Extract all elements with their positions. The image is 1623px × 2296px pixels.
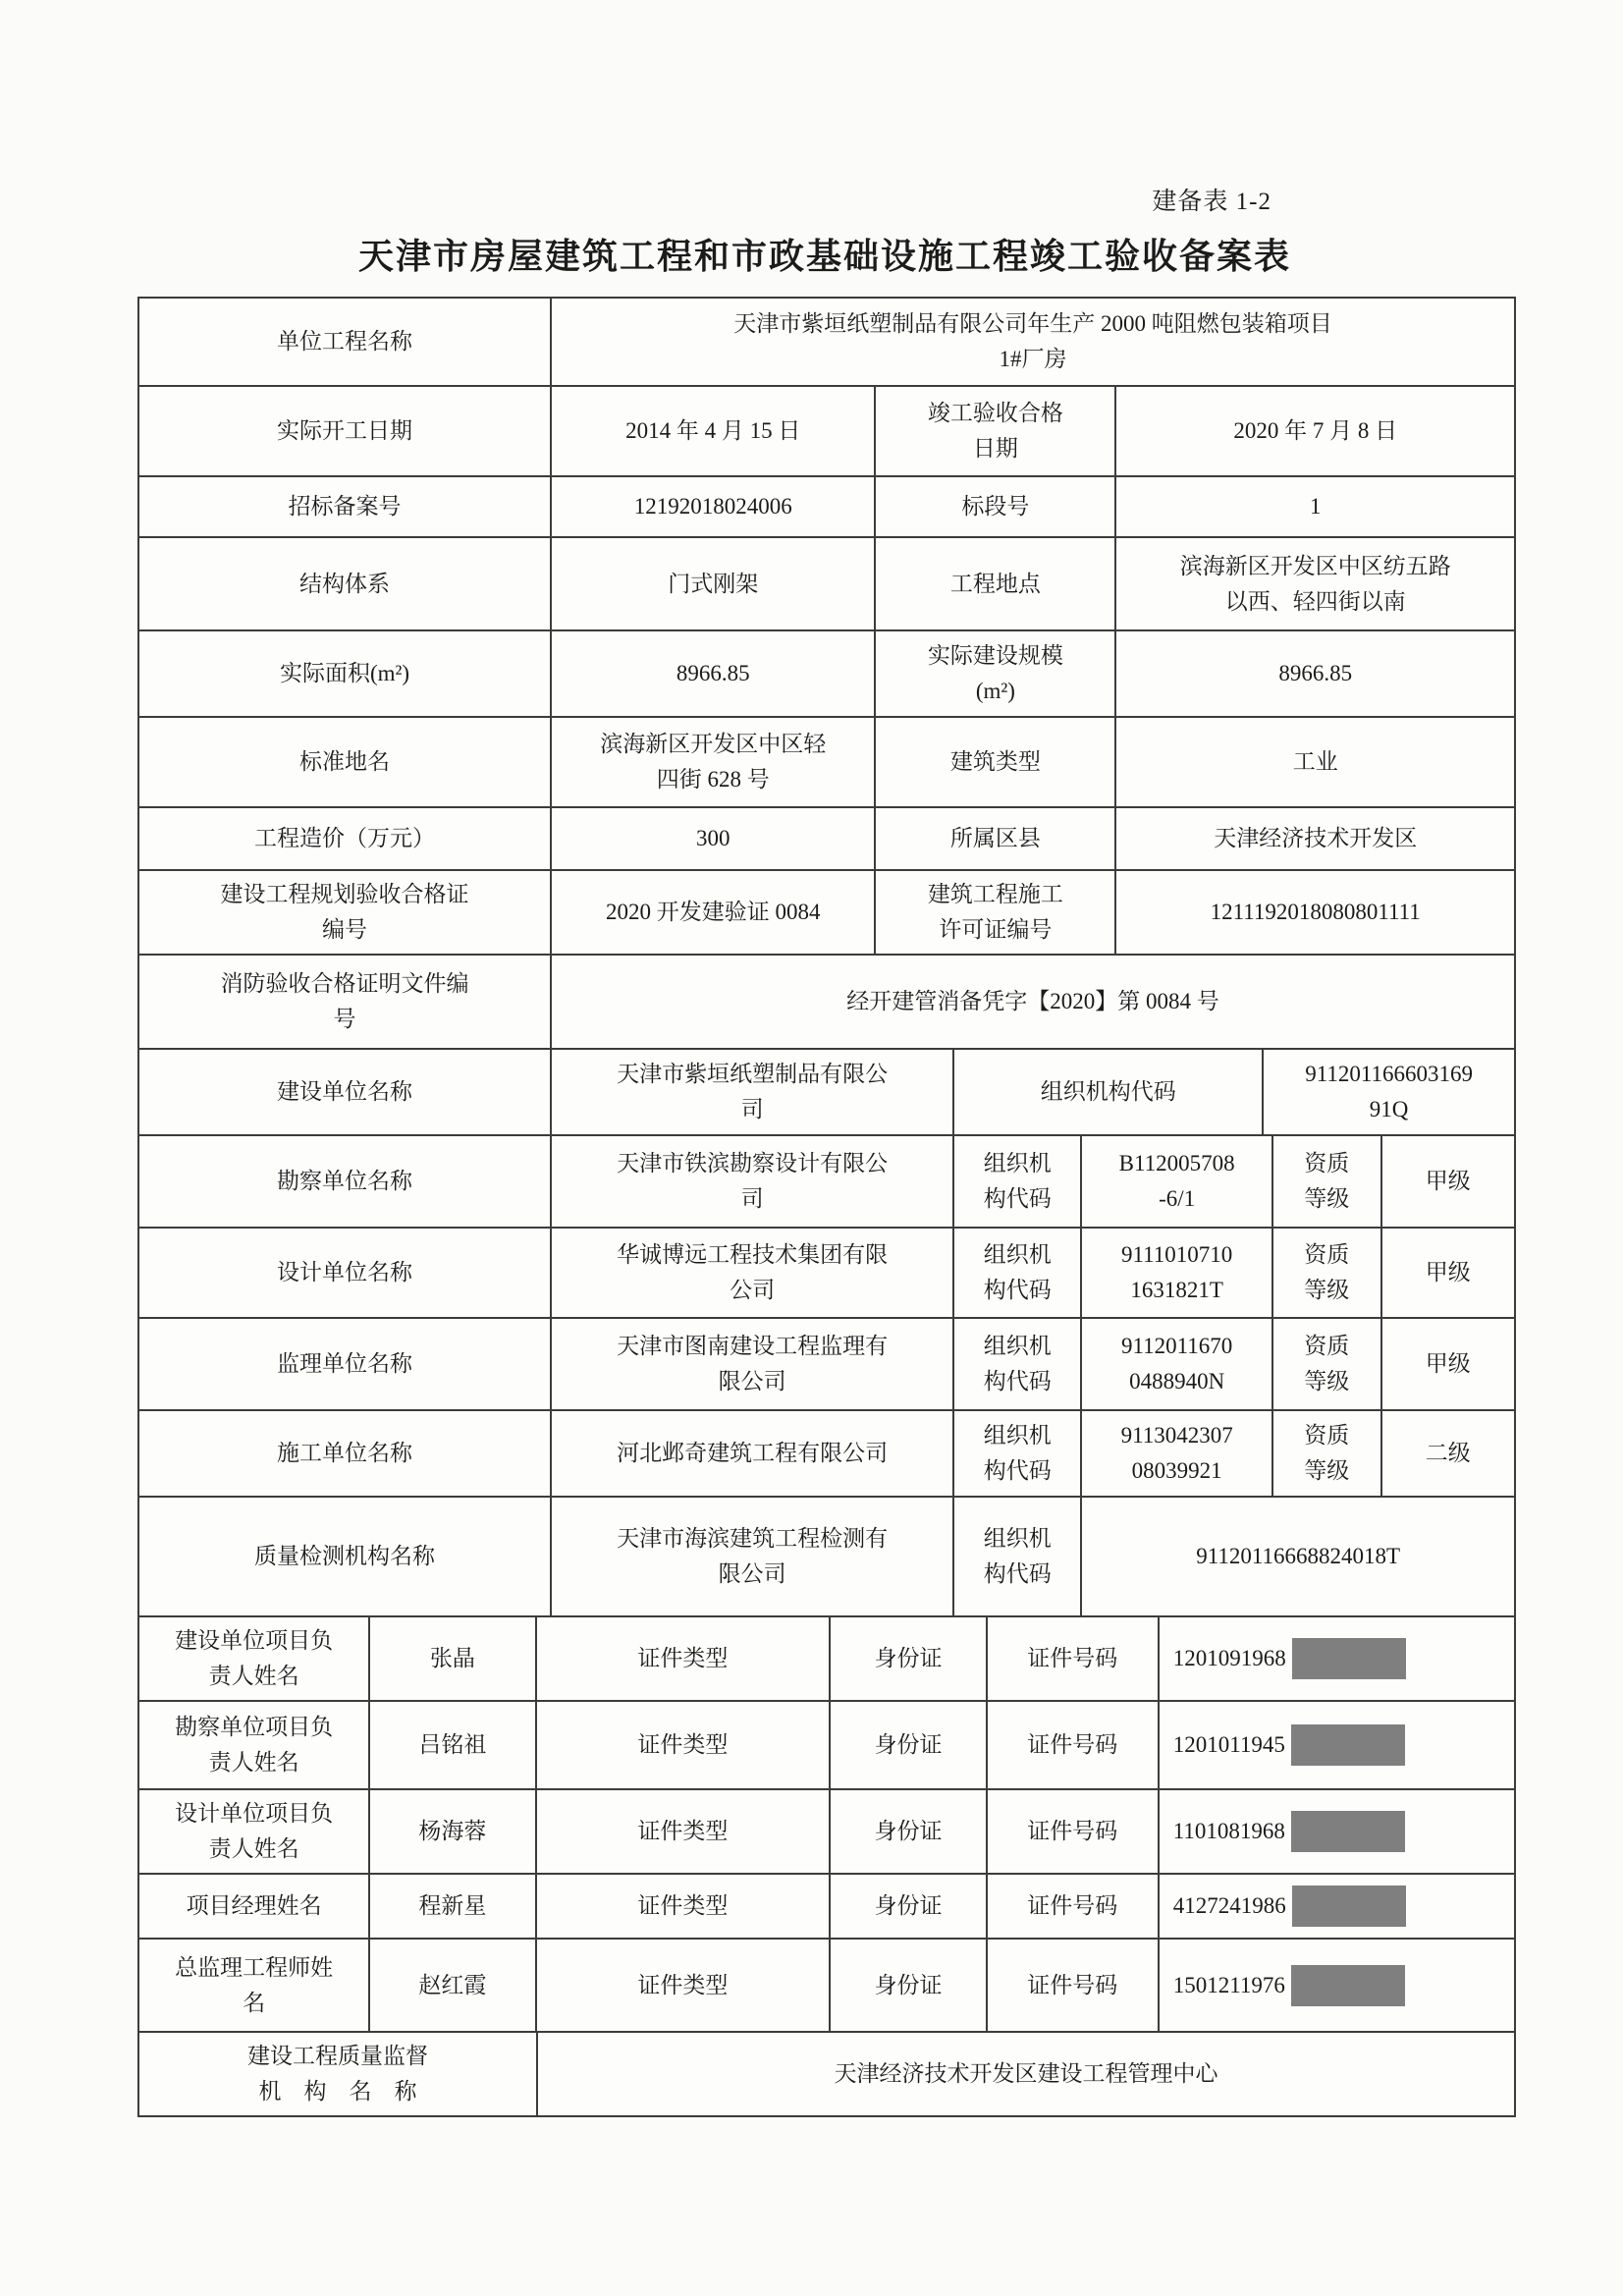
qualification-label: 资质 等级 bbox=[1273, 1229, 1382, 1319]
structure-value: 门式刚架 bbox=[552, 538, 876, 631]
doc-no-value: 1101081968 bbox=[1160, 1790, 1514, 1875]
redaction-block bbox=[1291, 1724, 1405, 1766]
row-person-survey: 勘察单位项目负 责人姓名 吕铭祖 证件类型 身份证 证件号码 120101194… bbox=[139, 1702, 1514, 1790]
supervision-unit-company: 天津市图南建设工程监理有 限公司 bbox=[552, 1319, 954, 1411]
survey-unit-code: B112005708 -6/1 bbox=[1082, 1136, 1273, 1229]
row-supervision-unit: 监理单位名称 天津市图南建设工程监理有 限公司 组织机 构代码 91120116… bbox=[139, 1319, 1514, 1411]
org-code-label: 组织机 构代码 bbox=[954, 1498, 1082, 1617]
redaction-block bbox=[1291, 1965, 1405, 2006]
person-role-label: 设计单位项目负 责人姓名 bbox=[139, 1790, 370, 1875]
row-inspection-org: 质量检测机构名称 天津市海滨建筑工程检测有 限公司 组织机 构代码 911201… bbox=[139, 1498, 1514, 1617]
redaction-block bbox=[1292, 1638, 1406, 1679]
std-place-label: 标准地名 bbox=[139, 718, 552, 808]
doc-no-label: 证件号码 bbox=[988, 1875, 1160, 1940]
contractor-unit-code: 9113042307 08039921 bbox=[1082, 1411, 1273, 1498]
person-name: 杨海蓉 bbox=[370, 1790, 536, 1875]
redaction-block bbox=[1291, 1811, 1405, 1852]
supervisor-org-value: 天津经济技术开发区建设工程管理中心 bbox=[538, 2033, 1514, 2115]
supervision-unit-label: 监理单位名称 bbox=[139, 1319, 552, 1411]
doc-no-value: 4127241986 bbox=[1160, 1875, 1514, 1940]
accept-date-value: 2020 年 7 月 8 日 bbox=[1116, 387, 1514, 477]
id-number-prefix: 1201091968 bbox=[1173, 1641, 1286, 1676]
inspection-org-code: 91120116668824018T bbox=[1082, 1498, 1514, 1617]
row-place: 标准地名 滨海新区开发区中区轻 四街 628 号 建筑类型 工业 bbox=[139, 718, 1514, 808]
accept-date-label: 竣工验收合格 日期 bbox=[876, 387, 1116, 477]
row-person-design: 设计单位项目负 责人姓名 杨海蓉 证件类型 身份证 证件号码 110108196… bbox=[139, 1790, 1514, 1875]
doc-type-value: 身份证 bbox=[831, 1790, 988, 1875]
unit-name-value: 天津市紫垣纸塑制品有限公司年生产 2000 吨阻燃包装箱项目 1#厂房 bbox=[552, 299, 1514, 387]
document-sheet: 建备表 1-2 天津市房屋建筑工程和市政基础设施工程竣工验收备案表 单位工程名称… bbox=[137, 0, 1512, 2117]
permit-label: 建筑工程施工 许可证编号 bbox=[876, 871, 1116, 956]
filing-table: 单位工程名称 天津市紫垣纸塑制品有限公司年生产 2000 吨阻燃包装箱项目 1#… bbox=[137, 297, 1516, 2117]
construction-unit-code: 911201166603169 91Q bbox=[1264, 1050, 1514, 1136]
build-type-value: 工业 bbox=[1116, 718, 1514, 808]
district-label: 所属区县 bbox=[876, 808, 1116, 871]
row-cost: 工程造价（万元） 300 所属区县 天津经济技术开发区 bbox=[139, 808, 1514, 871]
area-value: 8966.85 bbox=[552, 631, 876, 718]
permit-value: 1211192018080801111 bbox=[1116, 871, 1514, 956]
build-type-label: 建筑类型 bbox=[876, 718, 1116, 808]
doc-type-label: 证件类型 bbox=[537, 1702, 832, 1790]
person-name: 程新星 bbox=[370, 1875, 536, 1940]
person-name: 赵红霞 bbox=[370, 1940, 536, 2033]
row-construction-unit: 建设单位名称 天津市紫垣纸塑制品有限公 司 组织机构代码 91120116660… bbox=[139, 1050, 1514, 1136]
person-name: 吕铭祖 bbox=[370, 1702, 536, 1790]
row-person-construction: 建设单位项目负 责人姓名 张晶 证件类型 身份证 证件号码 1201091968 bbox=[139, 1617, 1514, 1702]
row-design-unit: 设计单位名称 华诚博远工程技术集团有限 公司 组织机 构代码 911101071… bbox=[139, 1229, 1514, 1319]
org-code-label: 组织机 构代码 bbox=[954, 1411, 1082, 1498]
row-bid: 招标备案号 12192018024006 标段号 1 bbox=[139, 477, 1514, 538]
qualification-label: 资质 等级 bbox=[1273, 1411, 1382, 1498]
start-date-value: 2014 年 4 月 15 日 bbox=[552, 387, 876, 477]
location-label: 工程地点 bbox=[876, 538, 1116, 631]
doc-no-value: 1201091968 bbox=[1160, 1617, 1514, 1702]
area-label: 实际面积(m²) bbox=[139, 631, 552, 718]
contractor-unit-label: 施工单位名称 bbox=[139, 1411, 552, 1498]
planning-cert-label: 建设工程规划验收合格证 编号 bbox=[139, 871, 552, 956]
page-title: 天津市房屋建筑工程和市政基础设施工程竣工验收备案表 bbox=[137, 229, 1512, 279]
person-name: 张晶 bbox=[370, 1617, 536, 1702]
doc-type-value: 身份证 bbox=[831, 1940, 988, 2033]
bid-section-value: 1 bbox=[1116, 477, 1514, 538]
doc-type-label: 证件类型 bbox=[537, 1790, 832, 1875]
doc-no-label: 证件号码 bbox=[988, 1702, 1160, 1790]
cost-label: 工程造价（万元） bbox=[139, 808, 552, 871]
id-number-prefix: 1201011945 bbox=[1173, 1727, 1285, 1763]
org-code-label: 组织机构代码 bbox=[954, 1050, 1264, 1136]
org-code-label: 组织机 构代码 bbox=[954, 1319, 1082, 1411]
doc-no-label: 证件号码 bbox=[988, 1617, 1160, 1702]
inspection-org-label: 质量检测机构名称 bbox=[139, 1498, 552, 1617]
construction-unit-company: 天津市紫垣纸塑制品有限公 司 bbox=[552, 1050, 954, 1136]
doc-no-value: 1201011945 bbox=[1160, 1702, 1514, 1790]
survey-unit-label: 勘察单位名称 bbox=[139, 1136, 552, 1229]
doc-type-label: 证件类型 bbox=[537, 1940, 832, 2033]
row-fire: 消防验收合格证明文件编 号 经开建管消备凭字【2020】第 0084 号 bbox=[139, 956, 1514, 1050]
doc-no-label: 证件号码 bbox=[988, 1790, 1160, 1875]
id-number-prefix: 4127241986 bbox=[1173, 1888, 1286, 1924]
row-person-chief-supervisor: 总监理工程师姓 名 赵红霞 证件类型 身份证 证件号码 1501211976 bbox=[139, 1940, 1514, 2033]
design-unit-code: 9111010710 1631821T bbox=[1082, 1229, 1273, 1319]
design-unit-label: 设计单位名称 bbox=[139, 1229, 552, 1319]
cost-value: 300 bbox=[552, 808, 876, 871]
doc-type-value: 身份证 bbox=[831, 1702, 988, 1790]
contractor-unit-grade: 二级 bbox=[1382, 1411, 1514, 1498]
doc-no-value: 1501211976 bbox=[1160, 1940, 1514, 2033]
planning-cert-value: 2020 开发建验证 0084 bbox=[552, 871, 876, 956]
fire-cert-label: 消防验收合格证明文件编 号 bbox=[139, 956, 552, 1050]
org-code-label: 组织机 构代码 bbox=[954, 1229, 1082, 1319]
fire-cert-value: 经开建管消备凭字【2020】第 0084 号 bbox=[552, 956, 1514, 1050]
form-code: 建备表 1-2 bbox=[137, 182, 1512, 217]
row-certs: 建设工程规划验收合格证 编号 2020 开发建验证 0084 建筑工程施工 许可… bbox=[139, 871, 1514, 956]
location-value: 滨海新区开发区中区纺五路 以西、轻四街以南 bbox=[1116, 538, 1514, 631]
row-supervisor-org: 建设工程质量监督 机 构 名 称 天津经济技术开发区建设工程管理中心 bbox=[139, 2033, 1514, 2115]
doc-type-label: 证件类型 bbox=[537, 1875, 832, 1940]
row-survey-unit: 勘察单位名称 天津市铁滨勘察设计有限公 司 组织机 构代码 B112005708… bbox=[139, 1136, 1514, 1229]
scale-value: 8966.85 bbox=[1116, 631, 1514, 718]
row-person-manager: 项目经理姓名 程新星 证件类型 身份证 证件号码 4127241986 bbox=[139, 1875, 1514, 1940]
scale-label: 实际建设规模 (m²) bbox=[876, 631, 1116, 718]
inspection-org-company: 天津市海滨建筑工程检测有 限公司 bbox=[552, 1498, 954, 1617]
id-number-prefix: 1501211976 bbox=[1173, 1968, 1285, 2003]
qualification-label: 资质 等级 bbox=[1273, 1319, 1382, 1411]
bid-record-label: 招标备案号 bbox=[139, 477, 552, 538]
row-dates: 实际开工日期 2014 年 4 月 15 日 竣工验收合格 日期 2020 年 … bbox=[139, 387, 1514, 477]
contractor-unit-company: 河北邺奇建筑工程有限公司 bbox=[552, 1411, 954, 1498]
redaction-block bbox=[1292, 1886, 1406, 1927]
design-unit-company: 华诚博远工程技术集团有限 公司 bbox=[552, 1229, 954, 1319]
doc-type-label: 证件类型 bbox=[537, 1617, 832, 1702]
person-role-label: 总监理工程师姓 名 bbox=[139, 1940, 370, 2033]
doc-no-label: 证件号码 bbox=[988, 1940, 1160, 2033]
unit-name-label: 单位工程名称 bbox=[139, 299, 552, 387]
bid-record-value: 12192018024006 bbox=[552, 477, 876, 538]
qualification-label: 资质 等级 bbox=[1273, 1136, 1382, 1229]
person-role-label: 勘察单位项目负 责人姓名 bbox=[139, 1702, 370, 1790]
bid-section-label: 标段号 bbox=[876, 477, 1116, 538]
survey-unit-grade: 甲级 bbox=[1382, 1136, 1514, 1229]
supervision-unit-grade: 甲级 bbox=[1382, 1319, 1514, 1411]
person-role-label: 建设单位项目负 责人姓名 bbox=[139, 1617, 370, 1702]
row-unit-name: 单位工程名称 天津市紫垣纸塑制品有限公司年生产 2000 吨阻燃包装箱项目 1#… bbox=[139, 299, 1514, 387]
row-area: 实际面积(m²) 8966.85 实际建设规模 (m²) 8966.85 bbox=[139, 631, 1514, 718]
doc-type-value: 身份证 bbox=[831, 1617, 988, 1702]
construction-unit-label: 建设单位名称 bbox=[139, 1050, 552, 1136]
row-contractor-unit: 施工单位名称 河北邺奇建筑工程有限公司 组织机 构代码 9113042307 0… bbox=[139, 1411, 1514, 1498]
design-unit-grade: 甲级 bbox=[1382, 1229, 1514, 1319]
supervision-unit-code: 9112011670 0488940N bbox=[1082, 1319, 1273, 1411]
structure-label: 结构体系 bbox=[139, 538, 552, 631]
supervisor-org-label: 建设工程质量监督 机 构 名 称 bbox=[139, 2033, 538, 2115]
org-code-label: 组织机 构代码 bbox=[954, 1136, 1082, 1229]
id-number-prefix: 1101081968 bbox=[1173, 1814, 1285, 1849]
survey-unit-company: 天津市铁滨勘察设计有限公 司 bbox=[552, 1136, 954, 1229]
district-value: 天津经济技术开发区 bbox=[1116, 808, 1514, 871]
std-place-value: 滨海新区开发区中区轻 四街 628 号 bbox=[552, 718, 876, 808]
start-date-label: 实际开工日期 bbox=[139, 387, 552, 477]
row-structure: 结构体系 门式刚架 工程地点 滨海新区开发区中区纺五路 以西、轻四街以南 bbox=[139, 538, 1514, 631]
doc-type-value: 身份证 bbox=[831, 1875, 988, 1940]
person-role-label: 项目经理姓名 bbox=[139, 1875, 370, 1940]
